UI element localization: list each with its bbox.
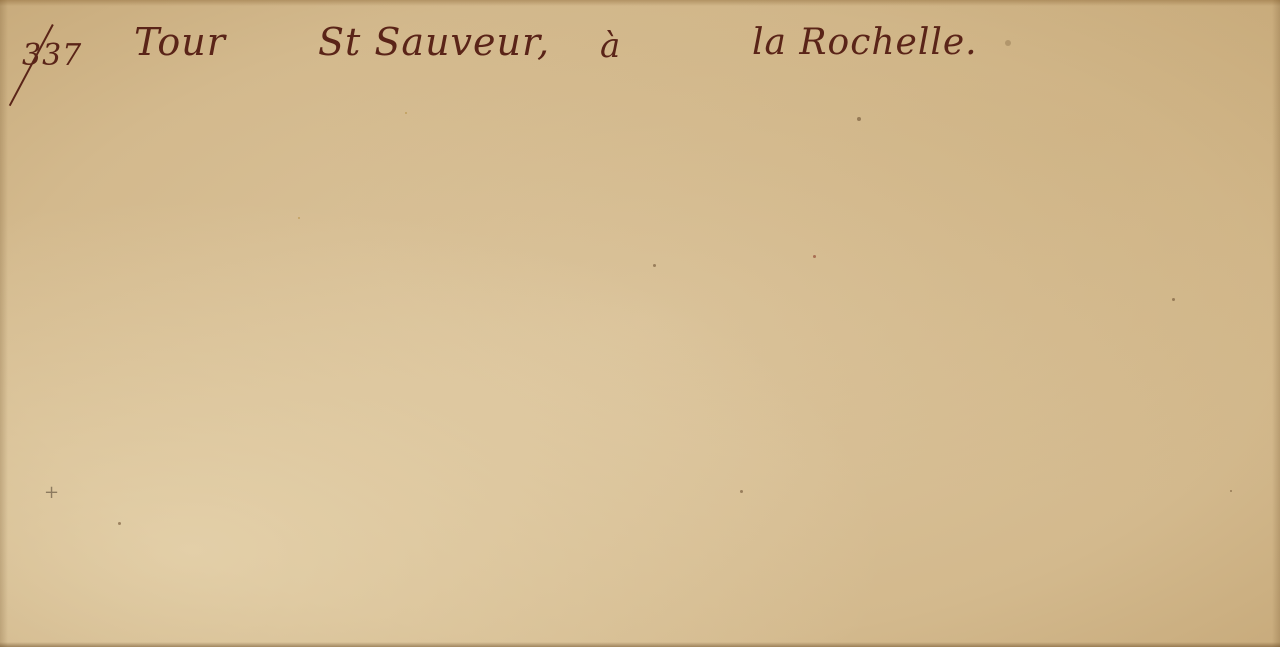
paper-speck xyxy=(405,112,407,114)
inscription-word-saint-sauveur: St Sauveur, xyxy=(318,20,550,64)
pencil-cross-mark: + xyxy=(44,482,59,503)
paper-speck xyxy=(298,217,300,219)
paper-speck xyxy=(1230,490,1232,492)
paper-speck xyxy=(740,490,743,493)
inscription-word-tour: Tour xyxy=(134,20,226,64)
inscription-word-a: à xyxy=(600,26,621,66)
paper-speck xyxy=(1005,40,1011,46)
paper-speck xyxy=(118,522,121,525)
card-paper: 337 Tour St Sauveur, à la Rochelle. + xyxy=(0,0,1280,647)
paper-speck xyxy=(1172,298,1175,301)
paper-speck xyxy=(857,117,861,121)
paper-speck xyxy=(813,255,816,258)
inscription-word-la-rochelle: la Rochelle. xyxy=(752,22,978,63)
catalog-number: 337 xyxy=(22,38,82,73)
paper-speck xyxy=(653,264,656,267)
